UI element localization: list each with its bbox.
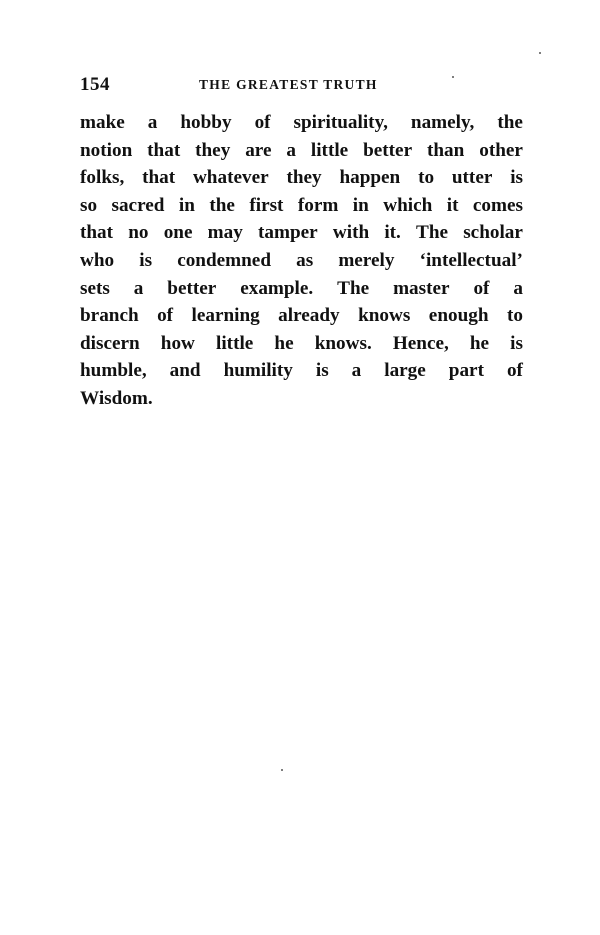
word: than <box>427 137 464 165</box>
word: of <box>255 109 271 137</box>
running-title: THE GREATEST TRUTH <box>199 77 378 93</box>
word: to <box>507 302 523 330</box>
word: example. <box>240 275 313 303</box>
body-paragraph: makeahobbyofspirituality,namely,the noti… <box>80 109 523 413</box>
word: and <box>170 357 201 385</box>
word: already <box>278 302 339 330</box>
word: a <box>134 275 144 303</box>
word: better <box>167 275 216 303</box>
word: large <box>384 357 426 385</box>
word: branch <box>80 302 139 330</box>
word: hobby <box>180 109 231 137</box>
word: that <box>142 164 175 192</box>
word: merely <box>338 247 394 275</box>
word: comes <box>473 192 523 220</box>
word: enough <box>429 302 489 330</box>
word: notion <box>80 137 132 165</box>
word: the <box>209 192 235 220</box>
word: a <box>513 275 523 303</box>
word: a <box>286 137 296 165</box>
word: Hence, <box>393 330 449 358</box>
word: it. <box>384 219 401 247</box>
text-line: humble,andhumilityisalargepartof <box>80 357 523 385</box>
word: he <box>470 330 489 358</box>
word: of <box>473 275 489 303</box>
word: the <box>497 109 523 137</box>
word: sacred <box>112 192 165 220</box>
word: of <box>157 302 173 330</box>
word: learning <box>192 302 260 330</box>
word: is <box>316 357 329 385</box>
word: of <box>507 357 523 385</box>
word: they <box>286 164 321 192</box>
word: little <box>311 137 348 165</box>
word: to <box>418 164 434 192</box>
scan-speck <box>281 769 283 771</box>
text-line: thatnoonemaytamperwithit.Thescholar <box>80 219 523 247</box>
text-line: makeahobbyofspirituality,namely,the <box>80 109 523 137</box>
word: how <box>161 330 195 358</box>
word: humble, <box>80 357 147 385</box>
word: utter <box>452 164 492 192</box>
word: in <box>353 192 369 220</box>
word: a <box>148 109 158 137</box>
word: ‘intellectual’ <box>420 247 523 275</box>
word: so <box>80 192 97 220</box>
word: The <box>416 219 448 247</box>
word: is <box>510 164 523 192</box>
text-line: sosacredinthefirstforminwhichitcomes <box>80 192 523 220</box>
text-line: folks,thatwhatevertheyhappentoutteris <box>80 164 523 192</box>
word: The <box>337 275 369 303</box>
word: spirituality, <box>294 109 388 137</box>
word: tamper <box>258 219 318 247</box>
word: no <box>128 219 148 247</box>
text-line: notionthattheyarealittlebetterthanother <box>80 137 523 165</box>
word: knows <box>358 302 410 330</box>
text-line: setsabetterexample.Themasterofa <box>80 275 523 303</box>
word: part <box>449 357 484 385</box>
word: which <box>383 192 432 220</box>
word: who <box>80 247 114 275</box>
scan-speck <box>452 76 454 78</box>
word: first <box>249 192 283 220</box>
word: other <box>479 137 523 165</box>
word: humility <box>224 357 293 385</box>
word: as <box>296 247 313 275</box>
word: namely, <box>411 109 474 137</box>
word: are <box>245 137 271 165</box>
word: discern <box>80 330 140 358</box>
word: that <box>80 219 113 247</box>
word: in <box>179 192 195 220</box>
word: condemned <box>177 247 271 275</box>
word: is <box>510 330 523 358</box>
word: one <box>164 219 193 247</box>
word: they <box>195 137 230 165</box>
word: it <box>447 192 459 220</box>
word: little <box>216 330 253 358</box>
scan-speck <box>539 52 541 54</box>
word: with <box>333 219 369 247</box>
word: folks, <box>80 164 124 192</box>
text-line-last: Wisdom. <box>80 385 523 413</box>
running-head: 154 THE GREATEST TRUTH <box>80 74 522 96</box>
word: sets <box>80 275 110 303</box>
word: happen <box>339 164 400 192</box>
text-line: branchoflearningalreadyknowsenoughto <box>80 302 523 330</box>
word: better <box>363 137 412 165</box>
word: that <box>147 137 180 165</box>
book-page: 154 THE GREATEST TRUTH makeahobbyofspiri… <box>0 0 600 935</box>
word: knows. <box>315 330 372 358</box>
text-line: whoiscondemnedasmerely‘intellectual’ <box>80 247 523 275</box>
word: may <box>208 219 243 247</box>
page-number: 154 <box>80 74 110 96</box>
word: he <box>274 330 293 358</box>
word: make <box>80 109 125 137</box>
word: whatever <box>193 164 269 192</box>
word: master <box>393 275 449 303</box>
word: scholar <box>463 219 523 247</box>
word: a <box>352 357 362 385</box>
word: form <box>298 192 338 220</box>
word: is <box>139 247 152 275</box>
text-line: discernhowlittleheknows.Hence,heis <box>80 330 523 358</box>
